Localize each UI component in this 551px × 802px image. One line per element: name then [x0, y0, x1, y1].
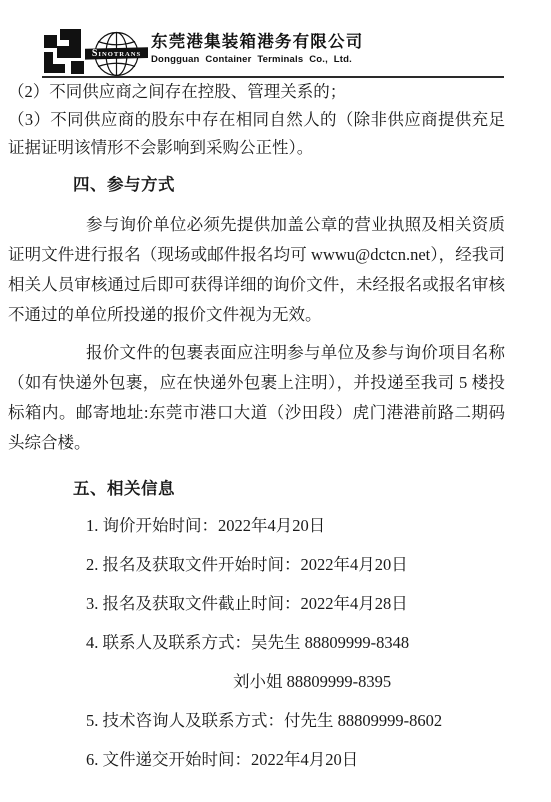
company-name-en: Dongguan Container Terminals Co., Ltd.	[151, 54, 363, 65]
clause-list: （2）不同供应商之间存在控股、管理关系的； （3）不同供应商的股东中存在相同自然…	[8, 78, 505, 162]
contact-second-line: 刘小姐 88809999-8395	[233, 667, 505, 697]
sinotrans-globe-icon: SINOTRANS	[85, 31, 148, 78]
list-item-registration-deadline: 3. 报名及获取文件截止时间：2022年4月28日	[86, 589, 505, 619]
clause-item: （3）不同供应商的股东中存在相同自然人的（除非供应商提供充足证据证明该情形不会影…	[8, 106, 505, 162]
list-item-registration-start: 2. 报名及获取文件开始时间：2022年4月20日	[86, 550, 505, 580]
list-item-inquiry-start: 1. 询价开始时间：2022年4月20日	[86, 511, 505, 541]
list-item-contact: 4. 联系人及联系方式：吴先生 88809999-8348	[86, 628, 505, 658]
clause-item: （2）不同供应商之间存在控股、管理关系的；	[8, 78, 505, 106]
company-name-zh: 东莞港集装箱港务有限公司	[151, 33, 363, 52]
section-5-heading: 五、相关信息	[73, 474, 505, 504]
letterhead: SINOTRANS 东莞港集装箱港务有限公司 Dongguan Containe…	[0, 0, 551, 79]
document-body: （2）不同供应商之间存在控股、管理关系的； （3）不同供应商的股东中存在相同自然…	[8, 79, 505, 784]
info-list: 1. 询价开始时间：2022年4月20日 2. 报名及获取文件开始时间：2022…	[8, 511, 505, 775]
section-4-paragraph: 报价文件的包裹表面应注明参与单位及参与询价项目名称（如有快递外包裹，应在快递外包…	[8, 338, 505, 458]
sinotrans-blocks-icon	[40, 26, 86, 76]
list-item-technical-contact: 5. 技术咨询人及联系方式：付先生 88809999-8602	[86, 706, 505, 736]
list-item-submission-start: 6. 文件递交开始时间：2022年4月20日	[86, 745, 505, 775]
section-4-paragraph: 参与询价单位必须先提供加盖公章的营业执照及相关资质证明文件进行报名（现场或邮件报…	[8, 210, 505, 330]
company-titles: 东莞港集装箱港务有限公司 Dongguan Container Terminal…	[151, 33, 363, 65]
section-4-heading: 四、参与方式	[73, 170, 505, 200]
document-page: SINOTRANS 东莞港集装箱港务有限公司 Dongguan Containe…	[0, 0, 551, 802]
